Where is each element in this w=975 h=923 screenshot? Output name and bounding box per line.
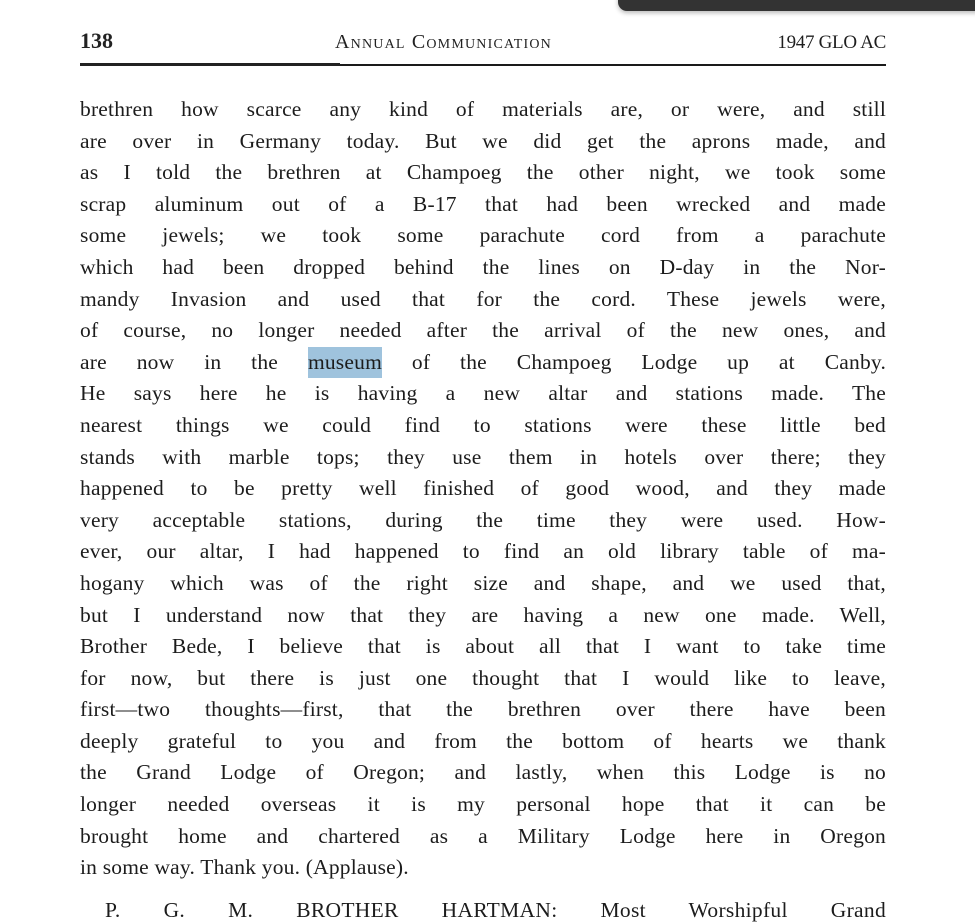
text-line[interactable]: ever, our altar, I had happened to find … [80, 536, 886, 568]
text-line[interactable]: as I told the brethren at Champoeg the o… [80, 157, 886, 189]
text-line[interactable]: deeply grateful to you and from the bott… [80, 726, 886, 758]
running-title: Annual Communication [335, 31, 552, 54]
body-text[interactable]: brethren how scarce any kind of material… [80, 94, 886, 884]
text-line[interactable]: stands with marble tops; they use them i… [80, 442, 886, 474]
text-line[interactable]: nearest things we could find to stations… [80, 410, 886, 442]
text-line[interactable]: Brother Bede, I believe that is about al… [80, 631, 886, 663]
text-line-with-selection[interactable]: are now in the museum of the Champoeg Lo… [80, 347, 886, 379]
header-rule [80, 64, 886, 66]
text-line[interactable]: the Grand Lodge of Oregon; and lastly, w… [80, 757, 886, 789]
text-line[interactable]: brought home and chartered as a Military… [80, 821, 886, 853]
text-line[interactable]: are over in Germany today. But we did ge… [80, 126, 886, 158]
text-line[interactable]: for now, but there is just one thought t… [80, 663, 886, 695]
text-line[interactable]: hogany which was of the right size and s… [80, 568, 886, 600]
text-line-paragraph-end[interactable]: in some way. Thank you. (Applause). [80, 852, 886, 884]
running-head: 138 Annual Communication 1947 GLO AC [80, 26, 886, 56]
selected-text[interactable]: museum [308, 347, 382, 378]
text-line[interactable]: very acceptable stations, during the tim… [80, 505, 886, 537]
text-line[interactable]: longer needed overseas it is my personal… [80, 789, 886, 821]
text-line[interactable]: happened to be pretty well finished of g… [80, 473, 886, 505]
text-line[interactable]: first—two thoughts—first, that the breth… [80, 694, 886, 726]
text-line[interactable]: mandy Invasion and used that for the cor… [80, 284, 886, 316]
text-line[interactable]: which had been dropped behind the lines … [80, 252, 886, 284]
text-line[interactable]: He says here he is having a new altar an… [80, 378, 886, 410]
text-before-selection[interactable]: are now in the [80, 350, 278, 374]
text-line[interactable]: scrap aluminum out of a B-17 that had be… [80, 189, 886, 221]
next-paragraph-start[interactable]: P. G. M. BROTHER HARTMAN: Most Worshipfu… [105, 894, 886, 923]
document-tag: 1947 GLO AC [777, 32, 886, 54]
page-number: 138 [80, 28, 113, 54]
text-after-selection[interactable]: of the Champoeg Lodge up at Canby. [412, 350, 886, 374]
text-line[interactable]: of course, no longer needed after the ar… [80, 315, 886, 347]
text-line[interactable]: but I understand now that they are havin… [80, 600, 886, 632]
text-line[interactable]: some jewels; we took some parachute cord… [80, 220, 886, 252]
document-page: 138 Annual Communication 1947 GLO AC bre… [0, 0, 975, 923]
text-line[interactable]: brethren how scarce any kind of material… [80, 94, 886, 126]
